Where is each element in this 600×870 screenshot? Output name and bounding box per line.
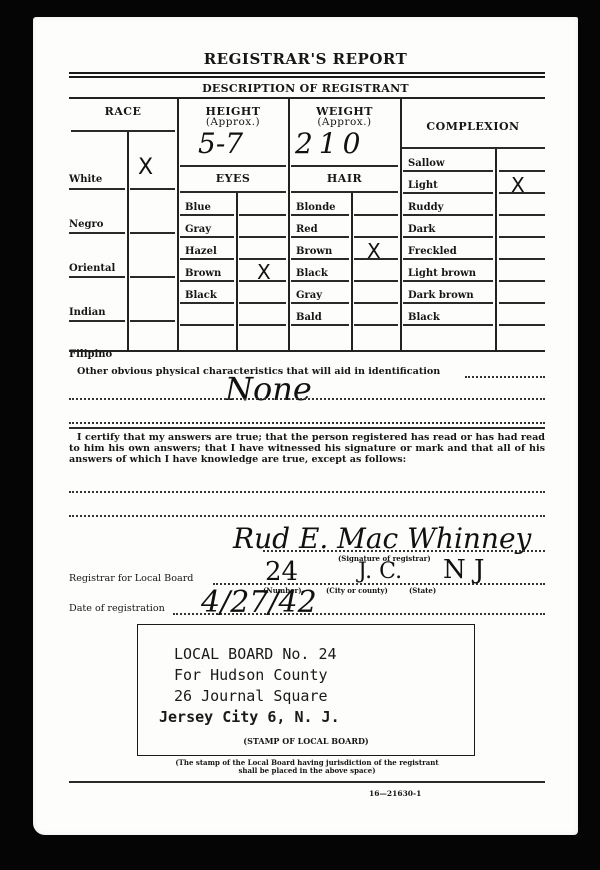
race-rule [69,188,125,190]
complexion-option-light[interactable]: Light [408,180,438,191]
certification-text: I certify that my answers are true; that… [69,432,545,465]
row-rule [499,170,545,172]
date-label: Date of registration [69,603,165,614]
form-subtitle: DESCRIPTION OF REGISTRANT [33,82,578,95]
row-rule [291,302,349,304]
stamp-caption: (STAMP OF LOCAL BOARD) [138,736,474,746]
eyes-option-brown[interactable]: Brown [185,268,221,279]
row-rule [403,192,493,194]
row-rule [499,280,545,282]
table-top-rule [69,97,545,99]
row-rule [180,258,234,260]
eyes-option-black[interactable]: Black [185,290,217,301]
form-title: REGISTRAR'S REPORT [33,50,578,68]
dotted-line [69,398,545,400]
race-mark-rule [130,320,175,322]
race-rule [69,276,125,278]
hair-header: HAIR [289,173,400,184]
row-rule [499,214,545,216]
row-rule [239,324,286,326]
weight-value[interactable]: 210 [295,127,366,160]
complexion-option-dark-brown[interactable]: Dark brown [408,290,474,301]
dotted-line [465,376,545,378]
form-number: 16—21630-1 [369,789,421,798]
row-rule [239,214,286,216]
row-rule [499,192,545,194]
stamp-line: For Hudson County [174,666,328,684]
col-divider-height [288,98,290,350]
row-rule [403,214,493,216]
footer-rule [69,781,545,783]
race-header: RACE [69,106,177,117]
stamp-line: 26 Journal Square [174,687,328,705]
row-rule [354,258,398,260]
row-rule [291,236,349,238]
row-rule [354,214,398,216]
row-rule [499,258,545,260]
complexion-header: COMPLEXION [401,121,545,132]
complexion-option-dark[interactable]: Dark [408,224,435,235]
col-divider-weight [400,98,402,350]
hair-option-blonde[interactable]: Blonde [296,202,336,213]
complexion-option-sallow[interactable]: Sallow [408,158,445,169]
eyes-header: EYES [178,173,288,184]
row-rule [403,258,493,260]
col-divider-race [177,98,179,350]
hair-option-brown[interactable]: Brown [296,246,332,257]
race-header-rule [71,130,175,132]
row-rule [403,236,493,238]
dotted-line [69,422,545,424]
row-rule [403,170,493,172]
footnote-line-2: shall be placed in the above space) [137,766,477,775]
race-option-white[interactable]: White [69,174,102,185]
race-option-indian[interactable]: Indian [69,307,106,318]
hair-option-red[interactable]: Red [296,224,318,235]
row-rule [499,324,545,326]
hair-header-rule [291,191,398,193]
local-board-stamp: LOCAL BOARD No. 24 For Hudson County 26 … [137,624,475,756]
local-board-state[interactable]: N J [443,555,484,585]
row-rule [239,236,286,238]
race-option-oriental[interactable]: Oriental [69,263,115,274]
title-rule-bottom [69,76,545,78]
row-rule [403,280,493,282]
height-rule [180,165,286,167]
complexion-option-ruddy[interactable]: Ruddy [408,202,443,213]
row-rule [403,324,493,326]
weight-rule [291,165,398,167]
race-white-checkmark[interactable]: X [138,155,153,180]
local-board-city[interactable]: J. C. [358,559,402,584]
dotted-line [69,491,545,493]
race-mark-rule [130,188,175,190]
local-board-number[interactable]: 24 [265,557,298,587]
row-rule [291,258,349,260]
eyes-header-rule [180,191,286,193]
hair-mark-divider [351,192,353,350]
row-rule [499,302,545,304]
state-caption: (State) [409,586,436,595]
local-board-label: Registrar for Local Board [69,573,193,584]
row-rule [354,236,398,238]
hair-option-gray[interactable]: Gray [296,290,322,301]
row-rule [239,302,286,304]
city-caption: (City or county) [326,586,388,595]
row-rule [354,302,398,304]
race-mark-rule [130,276,175,278]
row-rule [180,280,234,282]
date-value[interactable]: 4/27/42 [201,585,317,620]
eyes-option-gray[interactable]: Gray [185,224,211,235]
row-rule [180,236,234,238]
complexion-option-black[interactable]: Black [408,312,440,323]
race-option-negro[interactable]: Negro [69,219,103,230]
complexion-header-rule [402,147,545,149]
stamp-line: LOCAL BOARD No. 24 [174,645,337,663]
race-rule [69,320,125,322]
stamp-line: Jersey City 6, N. J. [159,708,340,726]
row-rule [403,302,493,304]
row-rule [180,302,234,304]
complexion-mark-divider [495,148,497,350]
dotted-line [69,515,545,517]
hair-option-black[interactable]: Black [296,268,328,279]
hair-option-bald[interactable]: Bald [296,312,322,323]
row-rule [239,258,286,260]
row-rule [499,236,545,238]
row-rule [180,324,234,326]
row-rule [354,324,398,326]
row-rule [180,214,234,216]
section-rule [69,427,545,429]
signature-line [263,550,545,552]
height-value[interactable]: 5-7 [198,127,243,160]
title-rule-top [69,72,545,74]
row-rule [354,280,398,282]
row-rule [291,214,349,216]
other-characteristics-value[interactable]: None [225,370,312,408]
complexion-option-light-brown[interactable]: Light brown [408,268,476,279]
row-rule [239,280,286,282]
race-mark-divider [127,131,129,350]
table-bottom-rule [69,350,545,352]
complexion-option-freckled[interactable]: Freckled [408,246,457,257]
eyes-option-blue[interactable]: Blue [185,202,211,213]
eyes-mark-divider [236,192,238,350]
race-rule [69,232,125,234]
row-rule [291,280,349,282]
race-mark-rule [130,232,175,234]
eyes-option-hazel[interactable]: Hazel [185,246,217,257]
row-rule [291,324,349,326]
registration-card: REGISTRAR'S REPORT DESCRIPTION OF REGIST… [33,17,578,835]
